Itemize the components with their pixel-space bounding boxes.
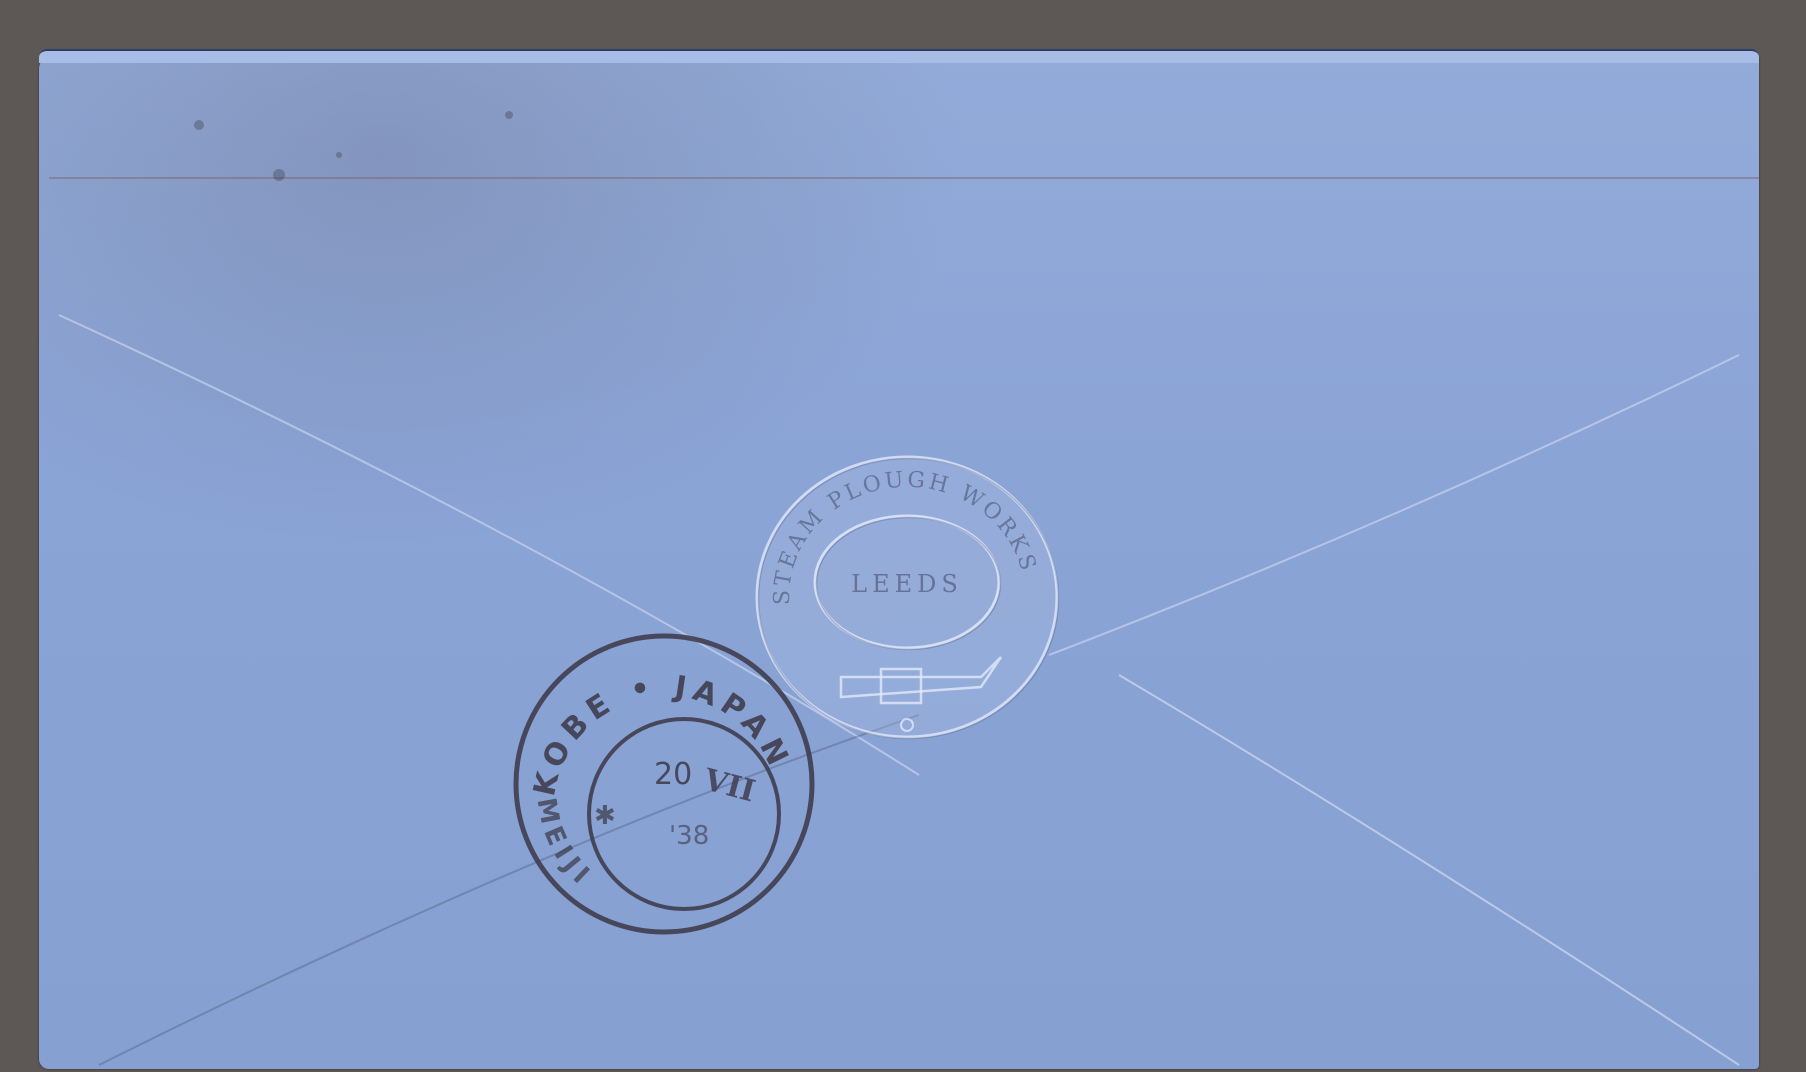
svg-text:VII: VII: [699, 762, 759, 809]
svg-text:20: 20: [654, 757, 692, 792]
svg-text:LEEDS: LEEDS: [851, 570, 963, 598]
svg-text:'38: '38: [669, 821, 709, 851]
svg-text:✱: ✱: [594, 801, 616, 831]
envelope-back: STEAM PLOUGH WORKS LEEDS KOBE • JAPAN ME…: [39, 55, 1759, 1069]
kobe-postmark: KOBE • JAPAN MEIJI 20 VII '38 ✱: [509, 629, 819, 939]
